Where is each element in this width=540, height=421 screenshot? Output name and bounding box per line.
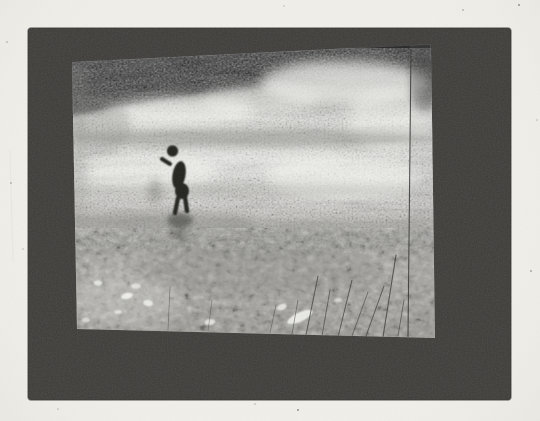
scanned-photo-image bbox=[0, 0, 540, 421]
creek-photograph bbox=[45, 40, 455, 341]
photograph-scan bbox=[0, 0, 540, 421]
photo-grain bbox=[68, 40, 438, 341]
